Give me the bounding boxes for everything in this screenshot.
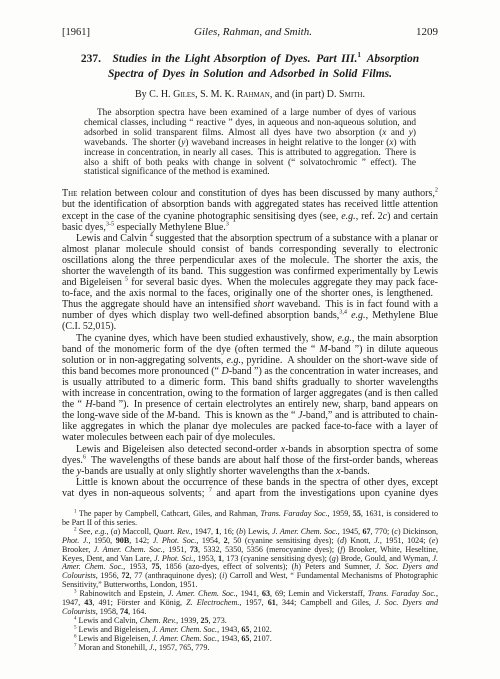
journal-page: [1961] Giles, Rahman, and Smith. 1209 23… bbox=[0, 0, 500, 679]
footnote-7: 7 Moran and Stonehill, J., 1957, 765, 77… bbox=[62, 644, 438, 653]
paragraph-1: The relation between colour and constitu… bbox=[62, 188, 438, 232]
running-title: Giles, Rahman, and Smith. bbox=[194, 26, 312, 38]
page-header: [1961] Giles, Rahman, and Smith. 1209 bbox=[62, 26, 438, 39]
paragraph-5: Little is known about the occurrence of … bbox=[62, 477, 438, 499]
issue-year: [1961] bbox=[62, 27, 90, 39]
byline: By C. H. Giles, S. M. K. Rahman, and (in… bbox=[62, 89, 438, 101]
paragraph-2: Lewis and Calvin 4 suggested that the ab… bbox=[62, 233, 438, 333]
footnote-3: 3 Rabinowitch and Epstein, J. Amer. Chem… bbox=[62, 590, 438, 617]
article-title: 237. Studies in the Light Absorption of … bbox=[32, 52, 468, 81]
paragraph-4: Lewis and Bigeleisen also detected secon… bbox=[62, 444, 438, 477]
abstract: The absorption spectra have been examine… bbox=[84, 109, 416, 178]
paragraph-3: The cyanine dyes, which have been studie… bbox=[62, 333, 438, 444]
footnotes: 1 The paper by Campbell, Cathcart, Giles… bbox=[62, 510, 438, 653]
footnote-2: 2 See, e.g., (a) Maccoll, Quart. Rev., 1… bbox=[62, 528, 438, 590]
footnote-1: 1 The paper by Campbell, Cathcart, Giles… bbox=[62, 510, 438, 528]
article-body: The relation between colour and constitu… bbox=[62, 188, 438, 499]
page-number: 1209 bbox=[416, 26, 438, 38]
